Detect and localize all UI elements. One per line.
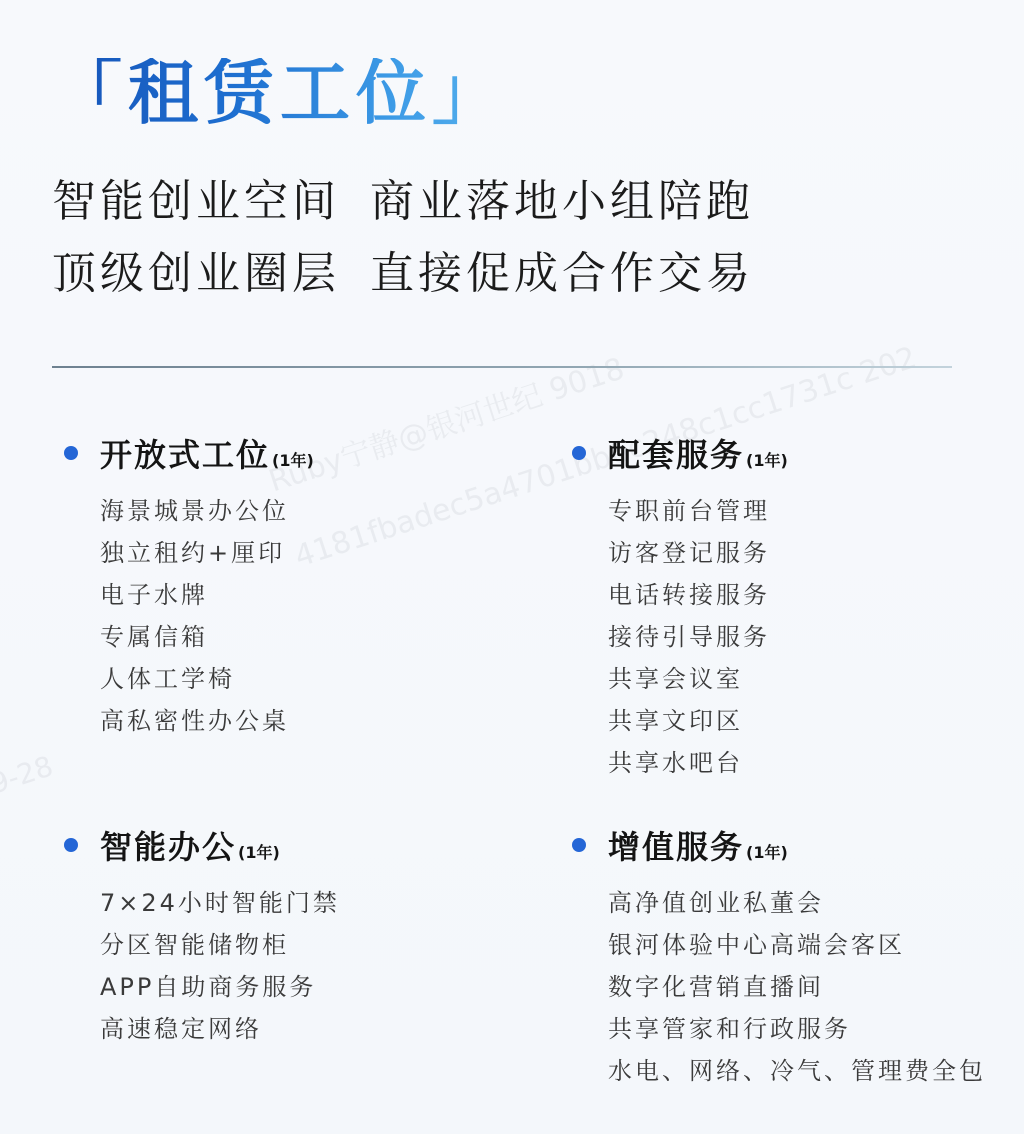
list-item: 高净值创业私董会	[608, 882, 986, 924]
list-item: 访客登记服务	[608, 532, 788, 574]
list-item: 专属信箱	[100, 616, 314, 658]
list-item: 电话转接服务	[608, 574, 788, 616]
section-header: 开放式工位 (1年)	[64, 430, 314, 476]
section-smart-office: 智能办公 (1年) 7×24小时智能门禁 分区智能储物柜 APP自助商务服务 高…	[64, 822, 340, 1050]
bullet-dot-icon	[64, 446, 78, 460]
list-item: 共享管家和行政服务	[608, 1008, 986, 1050]
list-item: 人体工学椅	[100, 658, 314, 700]
list-item: 银河体验中心高端会客区	[608, 924, 986, 966]
list-item: 专职前台管理	[608, 490, 788, 532]
section-header: 智能办公 (1年)	[64, 822, 340, 868]
section-open-workstation: 开放式工位 (1年) 海景城景办公位 独立租约+厘印 电子水牌 专属信箱 人体工…	[64, 430, 314, 742]
tagline-text: 智能创业空间	[52, 176, 340, 227]
tagline-text: 顶级创业圈层	[52, 248, 340, 299]
section-title: 配套服务	[608, 430, 744, 476]
tagline-row-1: 智能创业空间商业落地小组陪跑	[52, 180, 754, 224]
bullet-dot-icon	[572, 446, 586, 460]
list-item: 高速稳定网络	[100, 1008, 340, 1050]
flyer-page: Ruby宁静@银河世纪 9018 4181fbadec5a4701bb6c248…	[0, 0, 1024, 1134]
section-value-added-services: 增值服务 (1年) 高净值创业私董会 银河体验中心高端会客区 数字化营销直播间 …	[572, 822, 986, 1092]
list-item: APP自助商务服务	[100, 966, 340, 1008]
list-item: 独立租约+厘印	[100, 532, 314, 574]
list-item: 分区智能储物柜	[100, 924, 340, 966]
watermark-text: -9-28	[0, 749, 57, 803]
list-item: 共享文印区	[608, 700, 788, 742]
divider	[52, 366, 952, 368]
page-title: 「租赁工位」	[52, 58, 508, 128]
section-header: 配套服务 (1年)	[572, 430, 788, 476]
section-support-services: 配套服务 (1年) 专职前台管理 访客登记服务 电话转接服务 接待引导服务 共享…	[572, 430, 788, 784]
section-duration: (1年)	[746, 840, 788, 863]
bullet-dot-icon	[572, 838, 586, 852]
list-item: 共享水吧台	[608, 742, 788, 784]
tagline-text: 商业落地小组陪跑	[370, 176, 754, 227]
section-title: 开放式工位	[100, 430, 270, 476]
section-title: 智能办公	[100, 822, 236, 868]
feature-list: 7×24小时智能门禁 分区智能储物柜 APP自助商务服务 高速稳定网络	[100, 882, 340, 1050]
list-item: 7×24小时智能门禁	[100, 882, 340, 924]
bullet-dot-icon	[64, 838, 78, 852]
list-item: 海景城景办公位	[100, 490, 314, 532]
section-duration: (1年)	[238, 840, 280, 863]
section-duration: (1年)	[272, 448, 314, 471]
section-title: 增值服务	[608, 822, 744, 868]
tagline-row-2: 顶级创业圈层直接促成合作交易	[52, 252, 754, 296]
list-item: 高私密性办公桌	[100, 700, 314, 742]
section-duration: (1年)	[746, 448, 788, 471]
list-item: 接待引导服务	[608, 616, 788, 658]
feature-list: 专职前台管理 访客登记服务 电话转接服务 接待引导服务 共享会议室 共享文印区 …	[608, 490, 788, 784]
list-item: 数字化营销直播间	[608, 966, 986, 1008]
section-header: 增值服务 (1年)	[572, 822, 986, 868]
tagline-text: 直接促成合作交易	[370, 248, 754, 299]
feature-list: 高净值创业私董会 银河体验中心高端会客区 数字化营销直播间 共享管家和行政服务 …	[608, 882, 986, 1092]
list-item: 电子水牌	[100, 574, 314, 616]
list-item: 共享会议室	[608, 658, 788, 700]
feature-list: 海景城景办公位 独立租约+厘印 电子水牌 专属信箱 人体工学椅 高私密性办公桌	[100, 490, 314, 742]
list-item: 水电、网络、冷气、管理费全包	[608, 1050, 986, 1092]
